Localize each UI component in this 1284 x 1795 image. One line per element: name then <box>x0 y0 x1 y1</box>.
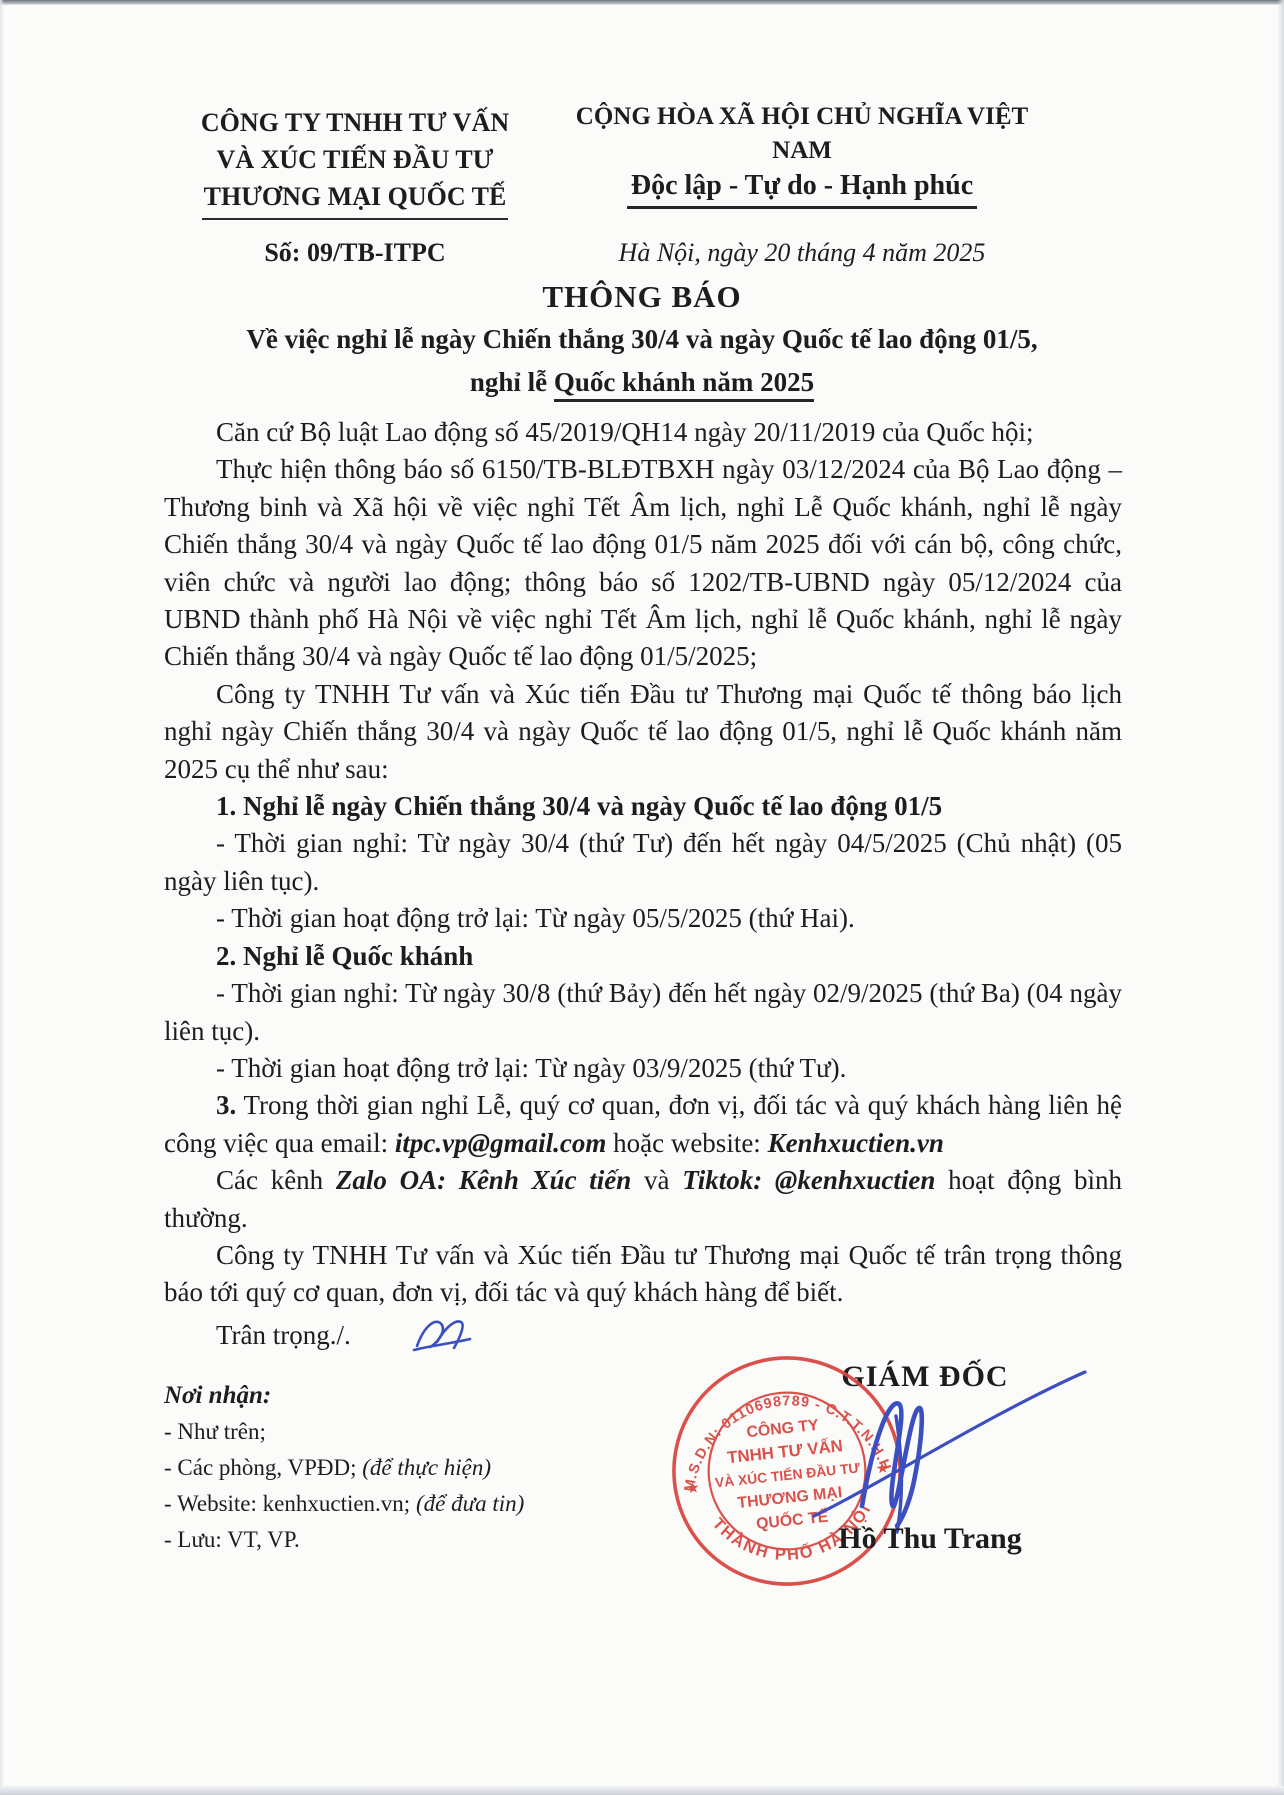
section-2-line-1: - Thời gian nghỉ: Từ ngày 30/8 (thứ Bảy)… <box>164 975 1122 1050</box>
recipient-item-4: - Lưu: VT, VP. <box>164 1522 524 1558</box>
company-name-line3: THƯƠNG MẠI QUỐC TẾ <box>195 178 515 220</box>
page-title: THÔNG BÁO <box>0 279 1284 315</box>
tiktok-channel: Tiktok: @kenhxuctien <box>682 1165 935 1195</box>
section-2-heading: 2. Nghỉ lễ Quốc khánh <box>164 938 1122 975</box>
paragraph-legal-basis-2: Thực hiện thông báo số 6150/TB-BLĐTBXH n… <box>164 451 1122 675</box>
recipient-item-3-note: (để đưa tin) <box>416 1491 524 1516</box>
closing-paragraph: Công ty TNHH Tư vấn và Xúc tiến Đầu tư T… <box>164 1237 1122 1312</box>
place-date-line: Hà Nội, ngày 20 tháng 4 năm 2025 <box>552 238 1052 268</box>
section-3-number: 3. <box>216 1090 236 1120</box>
paragraph-legal-basis-1: Căn cứ Bộ luật Lao động số 45/2019/QH14 … <box>164 414 1122 451</box>
star-icon: ★ <box>686 1480 701 1497</box>
contact-website: Kenhxuctien.vn <box>768 1128 944 1158</box>
recipients-block: Nơi nhận: - Như trên; - Các phòng, VPĐD;… <box>164 1378 524 1558</box>
section-1-line-1: - Thời gian nghỉ: Từ ngày 30/4 (thứ Tư) … <box>164 825 1122 900</box>
scanned-announcement-document: CÔNG TY TNHH TƯ VẤN VÀ XÚC TIẾN ĐẦU TƯ T… <box>0 0 1284 1795</box>
recipient-item-3: - Website: kenhxuctien.vn; (để đưa tin) <box>164 1486 524 1522</box>
zalo-channel: Zalo OA: Kênh Xúc tiến <box>336 1165 631 1195</box>
recipient-item-2-note: (để thực hiện) <box>362 1455 491 1480</box>
company-name-line1: CÔNG TY TNHH TƯ VẤN <box>195 104 515 141</box>
section-3-paragraph: 3. Trong thời gian nghỉ Lễ, quý cơ quan,… <box>164 1087 1122 1162</box>
document-title-block: THÔNG BÁO Về việc nghỉ lễ ngày Chiến thắ… <box>0 279 1284 401</box>
initials-signature-icon <box>409 1312 473 1354</box>
recipients-label: Nơi nhận: <box>164 1378 524 1414</box>
section-1-heading: 1. Nghỉ lễ ngày Chiến thắng 30/4 và ngày… <box>164 788 1122 825</box>
company-name-line2: VÀ XÚC TIẾN ĐẦU TƯ <box>195 141 515 178</box>
recipient-item-1: - Như trên; <box>164 1414 524 1450</box>
title-subject-line1: Về việc nghỉ lễ ngày Chiến thắng 30/4 và… <box>0 321 1284 358</box>
document-body: Căn cứ Bộ luật Lao động số 45/2019/QH14 … <box>164 414 1122 1364</box>
recipient-item-2: - Các phòng, VPĐD; (để thực hiện) <box>164 1450 524 1486</box>
section-2-line-2: - Thời gian hoạt động trở lại: Từ ngày 0… <box>164 1050 1122 1087</box>
company-header-block: CÔNG TY TNHH TƯ VẤN VÀ XÚC TIẾN ĐẦU TƯ T… <box>195 104 515 220</box>
channels-paragraph: Các kênh Zalo OA: Kênh Xúc tiến và Tikto… <box>164 1162 1122 1237</box>
signer-name: Hồ Thu Trang <box>775 1522 1085 1556</box>
paragraph-intro: Công ty TNHH Tư vấn và Xúc tiến Đầu tư T… <box>164 676 1122 788</box>
scan-edge-top <box>0 0 1284 5</box>
title-subject-line2: nghỉ lễ Quốc khánh năm 2025 <box>0 364 1284 401</box>
national-title: CỘNG HÒA XÃ HỘI CHỦ NGHĨA VIỆT NAM <box>552 100 1052 168</box>
national-header-block: CỘNG HÒA XÃ HỘI CHỦ NGHĨA VIỆT NAM Độc l… <box>552 100 1052 209</box>
national-motto: Độc lập - Tự do - Hạnh phúc <box>552 168 1052 209</box>
document-number: Số: 09/TB-ITPC <box>195 238 515 268</box>
document-footer: Nơi nhận: - Như trên; - Các phòng, VPĐD;… <box>0 1350 1284 1795</box>
contact-email: itpc.vp@gmail.com <box>395 1128 606 1158</box>
section-1-line-2: - Thời gian hoạt động trở lại: Từ ngày 0… <box>164 900 1122 937</box>
